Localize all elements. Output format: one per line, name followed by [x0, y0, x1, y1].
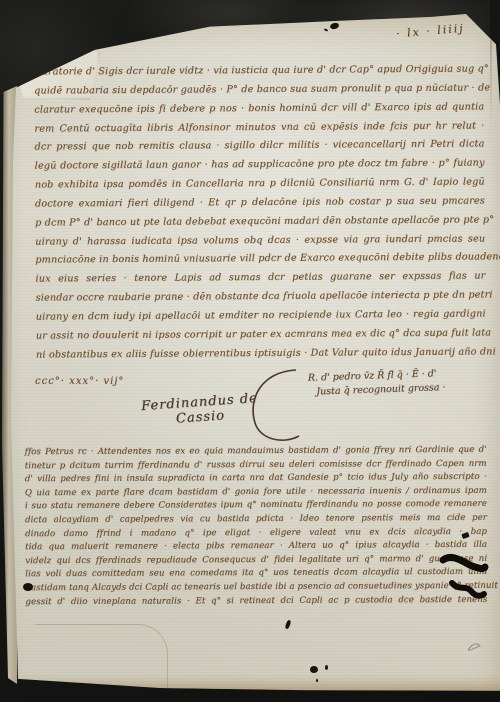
- fold-crease: [490, 40, 492, 130]
- ink-blot: [325, 665, 328, 670]
- scribe-signature: Ferdinandus de Cassio: [129, 390, 271, 430]
- manuscript-text-line: p dcm P° d' banco ut pte lata debebat ex…: [35, 211, 485, 233]
- ink-blot: [310, 666, 318, 673]
- manuscript-text-line: gessit d' diio vineplana naturalis · Et …: [25, 593, 487, 609]
- pencil-mark: [468, 644, 480, 650]
- chancery-note: R. d' pedro v̄z R̄ fl̄ q̄ · Ē · d' Justa…: [308, 367, 469, 398]
- ink-blot: [285, 620, 292, 630]
- fold-crease: [35, 624, 168, 689]
- manuscript-text-line: ni obstantibus ex aliis fuisse obierrent…: [36, 343, 486, 365]
- date-continuation: ccc°· xxx°· vij°: [35, 376, 124, 387]
- ink-blot: [316, 679, 318, 682]
- manuscript-text-line: claratur exequcōne ipis fi debere p nos …: [34, 98, 484, 120]
- ink-blot: [23, 583, 33, 591]
- manuscript-photo: · lx · liiij Curatorie d' Sigis dcr iura…: [0, 0, 500, 702]
- manuscript-page: · lx · liiij Curatorie d' Sigis dcr iura…: [0, 0, 500, 702]
- chancery-note-line: Justa q̄ recognouit grossa ·: [316, 381, 468, 397]
- second-entry-text-block: ffos Petrus rc · Attendentes nos ex eo q…: [25, 444, 488, 610]
- main-text-block: Curatorie d' Sigis dcr iurale vidtz · vi…: [34, 60, 486, 365]
- ink-blot: [33, 69, 42, 76]
